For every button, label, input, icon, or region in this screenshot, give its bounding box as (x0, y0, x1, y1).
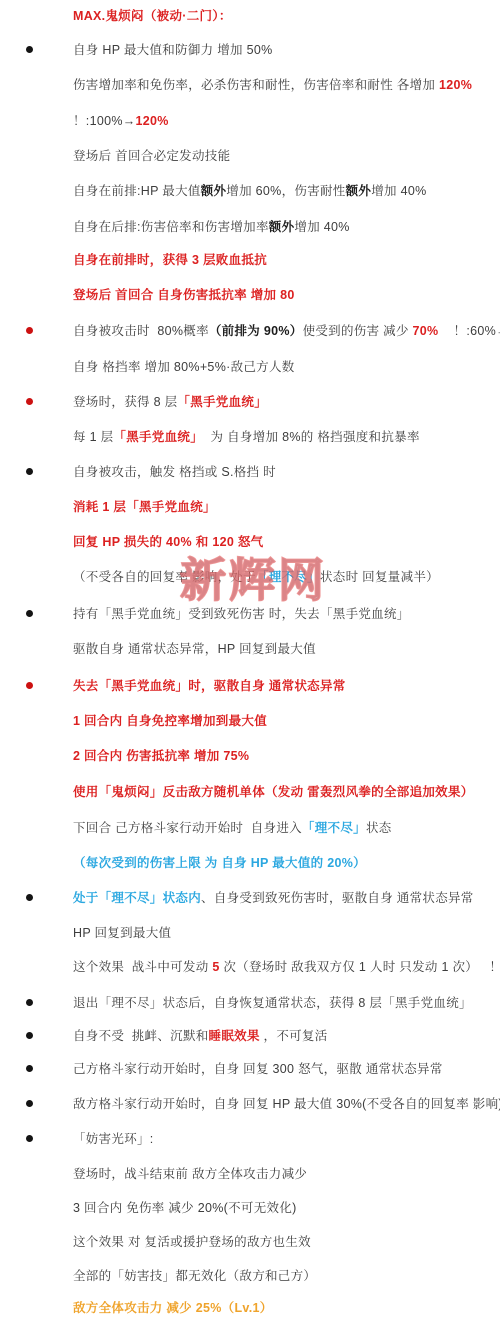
text-line: 这个效果 对 复活或援护登场的敌方也生效 (73, 1234, 311, 1250)
text-segment: MAX.鬼烦闷（被动·二门）： (73, 9, 232, 23)
text-segment: 退出「理不尽」状态后，自身恢复通常状态，获得 8 层「黑手党血统」 (73, 996, 472, 1010)
text-segment: 增加 40% (371, 184, 426, 198)
text-line: 己方格斗家行动开始时，自身 回复 300 怒气，驱散 通常状态异常 (73, 1061, 443, 1077)
text-segment: 120% (439, 78, 472, 92)
text-segment: 失去「黑手党血统」时，驱散自身 通常状态异常 (73, 679, 346, 693)
text-line: 2 回合内 伤害抵抗率 增加 75% (73, 748, 249, 764)
bullet-marker (26, 999, 33, 1006)
text-segment: 自身 格挡率 增加 80%+5%·敌己方人数 (73, 360, 295, 374)
text-segment: 1 回合内 自身免控率增加到最大值 (73, 714, 267, 728)
text-segment: 「黑手党血统」 (113, 430, 203, 444)
text-line: 处于「理不尽」状态内、自身受到致死伤害时，驱散自身 通常状态异常 (73, 890, 474, 906)
text-line: （不受各自的回复率 影响，处于「理不尽」状态时 回复量减半） (73, 569, 439, 585)
text-segment: 登场后 首回合 自身伤害抵抗率 增加 80 (73, 288, 295, 302)
text-segment: 「黑手党血统」 (177, 395, 267, 409)
text-segment: ！:60%→ (438, 324, 500, 338)
skill-description-page: MAX.鬼烦闷（被动·二门）：自身 HP 最大值和防御力 增加 50%伤害增加率… (0, 0, 500, 1321)
bullet-marker (26, 1100, 33, 1107)
text-segment: （前排为 90%） (209, 324, 303, 338)
text-segment: 每 1 层 (73, 430, 113, 444)
text-segment: 额外 (269, 220, 295, 234)
text-line: 自身 格挡率 增加 80%+5%·敌己方人数 (73, 359, 295, 375)
text-segment: 这个效果 对 复活或援护登场的敌方也生效 (73, 1235, 311, 1249)
text-line: 使用「鬼烦闷」反击敌方随机单体（发动 雷轰烈风拳的全部追加效果） (73, 784, 474, 800)
text-segment: 全部的「妨害技」都无效化（敌方和己方） (73, 1269, 316, 1283)
text-line: 全部的「妨害技」都无效化（敌方和己方） (73, 1268, 316, 1284)
text-line: 3 回合内 免伤率 减少 20%(不可无效化) (73, 1200, 297, 1216)
text-segment: 次（登场时 敌我双方仅 1 人时 只发动 1 次） (220, 960, 479, 974)
text-segment: ，不可复活 (260, 1029, 328, 1043)
text-line: 自身在前排时，获得 3 层败血抵抗 (73, 252, 267, 268)
text-segment: 「理不尽」 (256, 570, 320, 584)
bullet-marker (26, 327, 33, 334)
bullet-marker (26, 1032, 33, 1039)
text-segment: 自身在前排:HP 最大值 (73, 184, 201, 198)
text-segment: 下回合 己方格斗家行动开始时 自身进入 (73, 821, 302, 835)
text-segment: 使受到的伤害 减少 (303, 324, 413, 338)
bullet-marker (26, 1065, 33, 1072)
text-segment: 3 回合内 免伤率 减少 20%(不可无效化) (73, 1201, 297, 1215)
text-segment: 伤害增加率和免伤率，必杀伤害和耐性，伤害倍率和耐性 各增加 (73, 78, 439, 92)
text-segment: （每次受到的伤害上限 为 自身 HP 最大值的 20%） (73, 856, 366, 870)
text-segment: 增加 40% (294, 220, 349, 234)
text-line: HP 回复到最大值 (73, 925, 171, 941)
text-line: 登场时，战斗结束前 敌方全体攻击力减少 (73, 1166, 307, 1182)
bullet-marker (26, 894, 33, 901)
text-line: MAX.鬼烦闷（被动·二门）： (73, 8, 232, 24)
text-segment: ！:4→ (478, 960, 500, 974)
text-line: 自身在后排:伤害倍率和伤害增加率额外增加 40% (73, 219, 350, 235)
text-line: 这个效果 战斗中可发动 5 次（登场时 敌我双方仅 1 人时 只发动 1 次） … (73, 959, 500, 975)
text-segment: 自身被攻击时 80%概率 (73, 324, 209, 338)
text-segment: ！:100%→ (73, 114, 136, 128)
text-segment: 驱散自身 通常状态异常，HP 回复到最大值 (73, 642, 316, 656)
text-line: 敌方格斗家行动开始时，自身 回复 HP 最大值 30%(不受各自的回复率 影响) (73, 1096, 500, 1112)
text-line: 自身不受 挑衅、沉默和睡眠效果 ，不可复活 (73, 1028, 328, 1044)
text-segment: 自身不受 挑衅、沉默和 (73, 1029, 209, 1043)
text-segment: 「理不尽」 (302, 821, 366, 835)
bullet-marker (26, 468, 33, 475)
text-line: 自身 HP 最大值和防御力 增加 50% (73, 42, 273, 58)
text-segment: 使用「鬼烦闷」反击敌方随机单体（发动 雷轰烈风拳的全部追加效果） (73, 785, 474, 799)
text-segment: 登场后 首回合必定发动技能 (73, 149, 230, 163)
text-line: 每 1 层「黑手党血统」 为 自身增加 8%的 格挡强度和抗暴率 (73, 429, 420, 445)
text-segment: 为 自身增加 8%的 格挡强度和抗暴率 (203, 430, 420, 444)
text-line: 持有「黑手党血统」受到致死伤害 时，失去「黑手党血统」 (73, 606, 410, 622)
text-line: 自身在前排:HP 最大值额外增加 60%，伤害耐性额外增加 40% (73, 183, 427, 199)
text-line: 驱散自身 通常状态异常，HP 回复到最大值 (73, 641, 316, 657)
text-segment: 、自身受到致死伤害时，驱散自身 通常状态异常 (201, 891, 474, 905)
text-segment: HP 回复到最大值 (73, 926, 171, 940)
text-segment: 70% (413, 324, 439, 338)
text-line: 1 回合内 自身免控率增加到最大值 (73, 713, 267, 729)
text-line: ！:100%→120% (73, 113, 169, 129)
text-segment: 敌方全体攻击力 减少 25%（Lv.1） (73, 1301, 273, 1315)
bullet-marker (26, 1135, 33, 1142)
text-segment: 登场时，获得 8 层 (73, 395, 177, 409)
text-segment: 自身 HP 最大值和防御力 增加 50% (73, 43, 273, 57)
text-line: 登场时，获得 8 层「黑手党血统」 (73, 394, 267, 410)
text-line: （每次受到的伤害上限 为 自身 HP 最大值的 20%） (73, 855, 366, 871)
bullet-marker (26, 682, 33, 689)
text-segment: 处于「理不尽」状态内 (73, 891, 201, 905)
bullet-marker (26, 46, 33, 53)
text-segment: 额外 (346, 184, 372, 198)
text-segment: 自身被攻击，触发 格挡或 S.格挡 时 (73, 465, 276, 479)
text-segment: 自身在前排时，获得 3 层败血抵抗 (73, 253, 267, 267)
text-segment: 「妨害光环」: (73, 1132, 154, 1146)
text-segment: 状态 (366, 821, 392, 835)
text-segment: 己方格斗家行动开始时，自身 回复 300 怒气，驱散 通常状态异常 (73, 1062, 443, 1076)
text-segment: 2 回合内 伤害抵抗率 增加 75% (73, 749, 249, 763)
bullet-marker (26, 610, 33, 617)
text-segment: 持有「黑手党血统」受到致死伤害 时，失去「黑手党血统」 (73, 607, 410, 621)
text-segment: 回复 HP 损失的 40% 和 120 怒气 (73, 535, 263, 549)
text-segment: 睡眠效果 (209, 1029, 260, 1043)
text-segment: 5 (212, 960, 219, 974)
text-line: 消耗 1 层「黑手党血统」 (73, 499, 216, 515)
text-line: 「妨害光环」: (73, 1131, 154, 1147)
bullet-marker (26, 398, 33, 405)
text-segment: 增加 60%，伤害耐性 (226, 184, 345, 198)
text-segment: 消耗 1 层「黑手党血统」 (73, 500, 216, 514)
text-line: 登场后 首回合必定发动技能 (73, 148, 230, 164)
text-line: 伤害增加率和免伤率，必杀伤害和耐性，伤害倍率和耐性 各增加 120% (73, 77, 472, 93)
text-segment: 这个效果 战斗中可发动 (73, 960, 212, 974)
text-line: 下回合 己方格斗家行动开始时 自身进入「理不尽」状态 (73, 820, 392, 836)
text-line: 失去「黑手党血统」时，驱散自身 通常状态异常 (73, 678, 346, 694)
text-segment: 额外 (201, 184, 227, 198)
text-segment: 敌方格斗家行动开始时，自身 回复 HP 最大值 30%(不受各自的回复率 影响) (73, 1097, 500, 1111)
text-segment: （不受各自的回复率 影响，处于 (73, 570, 256, 584)
text-line: 自身被攻击时 80%概率（前排为 90%）使受到的伤害 减少 70% ！:60%… (73, 323, 500, 339)
text-segment: 120% (136, 114, 169, 128)
text-segment: 状态时 回复量减半） (320, 570, 439, 584)
text-line: 回复 HP 损失的 40% 和 120 怒气 (73, 534, 263, 550)
text-line: 退出「理不尽」状态后，自身恢复通常状态，获得 8 层「黑手党血统」 (73, 995, 472, 1011)
text-segment: 登场时，战斗结束前 敌方全体攻击力减少 (73, 1167, 307, 1181)
text-line: 敌方全体攻击力 减少 25%（Lv.1） (73, 1300, 273, 1316)
text-line: 自身被攻击，触发 格挡或 S.格挡 时 (73, 464, 276, 480)
text-segment: 自身在后排:伤害倍率和伤害增加率 (73, 220, 269, 234)
text-line: 登场后 首回合 自身伤害抵抗率 增加 80 (73, 287, 295, 303)
